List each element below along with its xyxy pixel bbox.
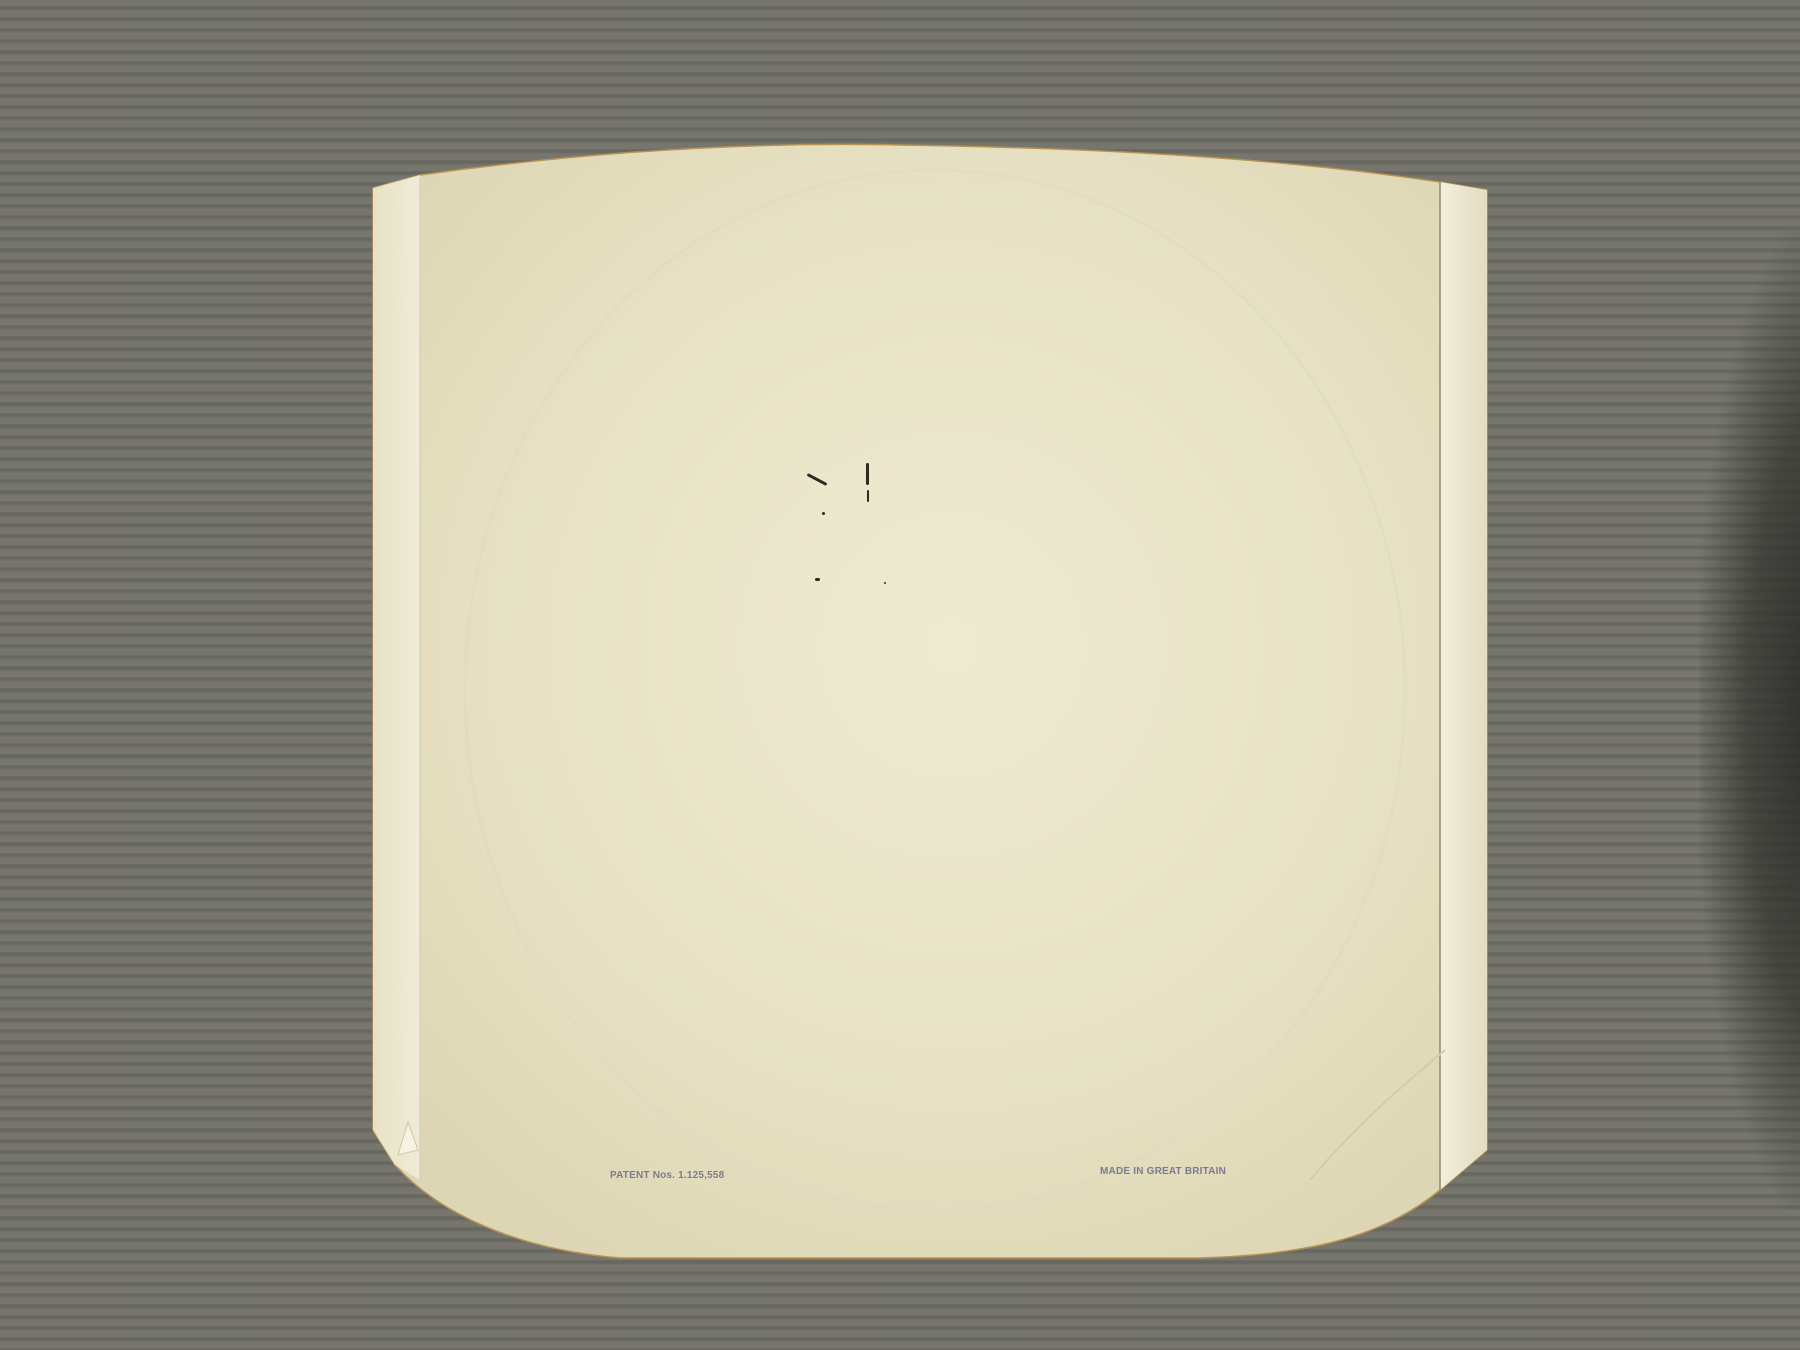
ink-mark — [866, 463, 869, 485]
sleeve-shape — [0, 0, 1800, 1350]
made-in-text: MADE IN GREAT BRITAIN — [1100, 1166, 1226, 1177]
ink-mark — [822, 512, 825, 515]
record-inner-sleeve: PATENT Nos. 1.125,558 MADE IN GREAT BRIT… — [0, 0, 1800, 1350]
ink-mark — [867, 490, 869, 502]
ink-mark — [815, 578, 820, 581]
patent-number-text: PATENT Nos. 1.125,558 — [610, 1170, 724, 1181]
ink-mark — [884, 582, 886, 584]
